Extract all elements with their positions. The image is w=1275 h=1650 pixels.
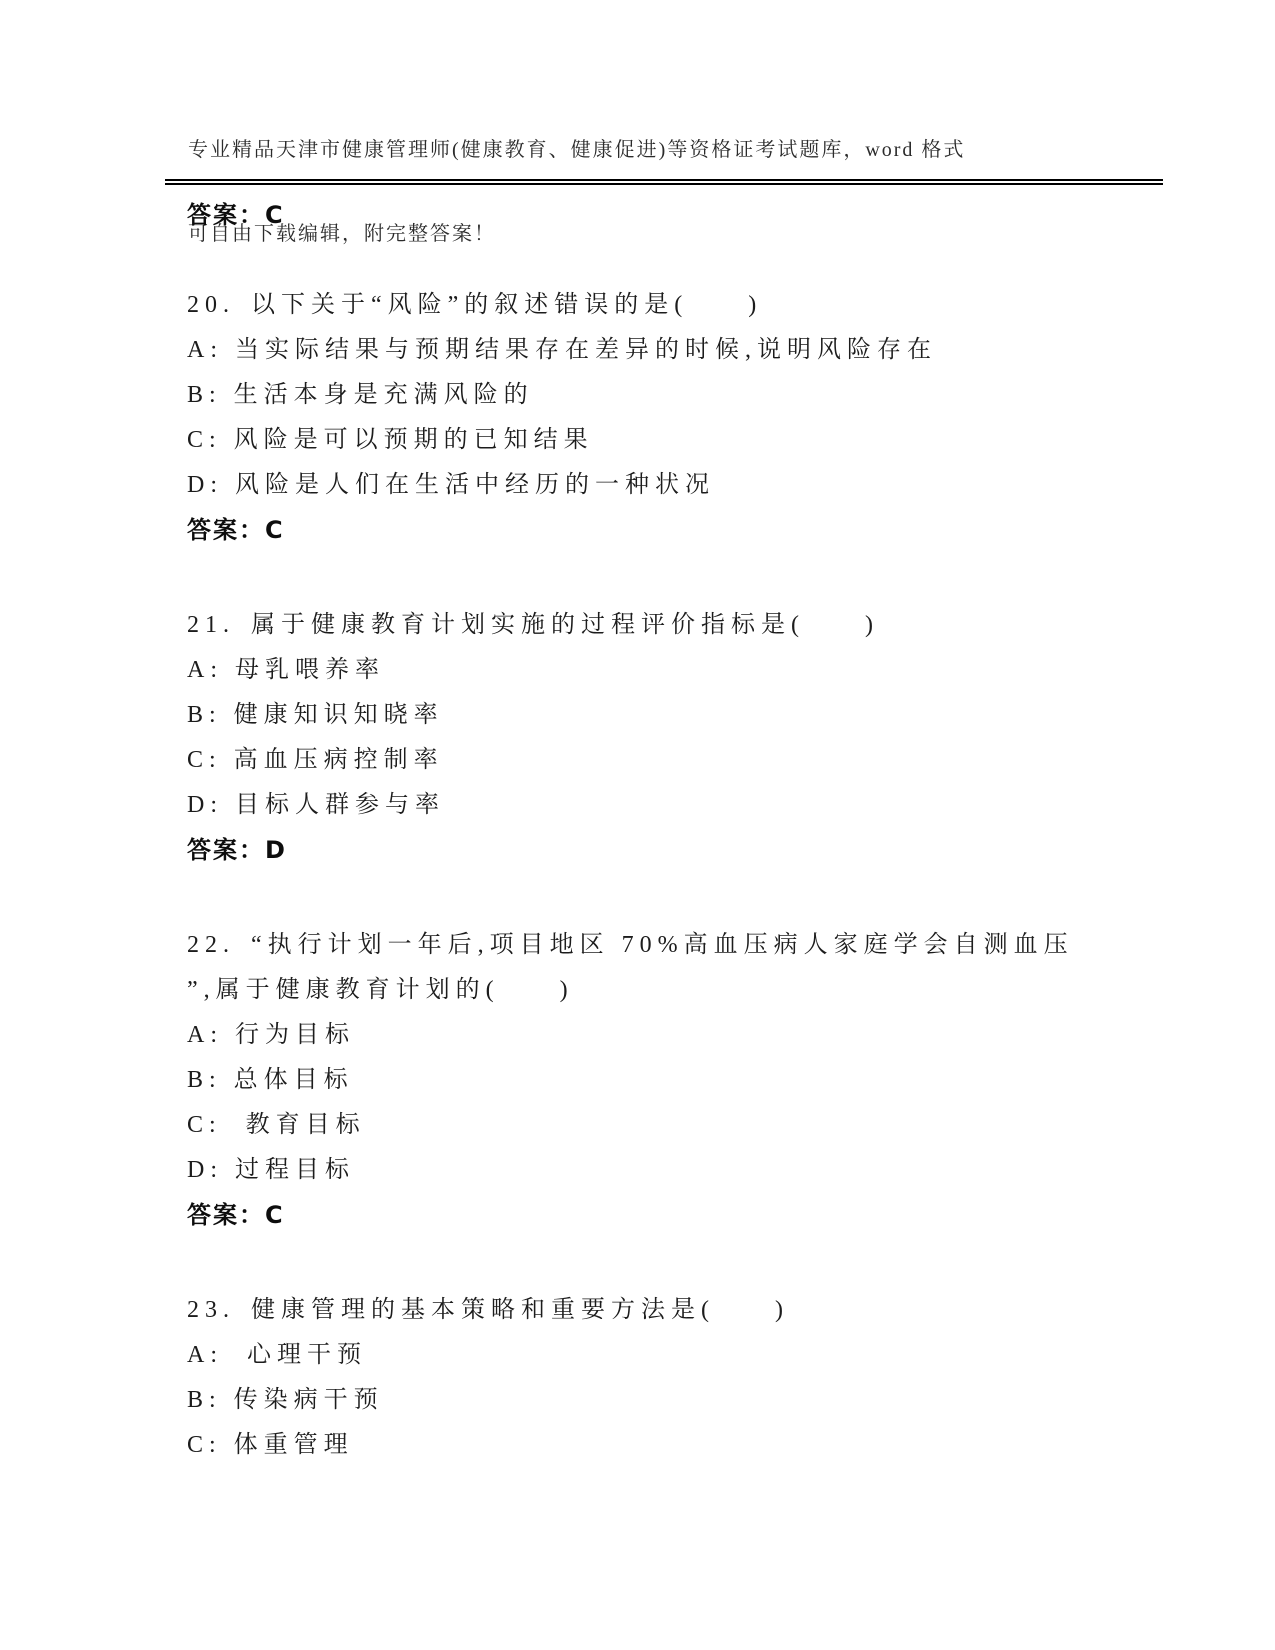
question-title: 21.属于健康教育计划实施的过程评价指标是( ) [187, 603, 1217, 648]
question-number: 21. [187, 612, 235, 638]
question-title-text: 健康管理的基本策略和重要方法是( ) [251, 1297, 789, 1323]
question-number: 23. [187, 1297, 235, 1323]
option-line-a: A: 心理干预 [187, 1333, 1217, 1378]
option-line-b: B: 传染病干预 [187, 1378, 1217, 1423]
option-line-c: C: 体重管理 [187, 1423, 1217, 1468]
header-line-1: 专业精品天津市健康管理师(健康教育、健康促进)等资格证考试题库，word 格式 [188, 136, 965, 164]
question-title-continued: ”,属于健康教育计划的( ) [187, 968, 1217, 1013]
question-number: 20. [187, 292, 235, 318]
answer-line: 答案：C [187, 508, 1217, 553]
option-line-a: A: 行为目标 [187, 1013, 1217, 1058]
answer-line: 答案：C [187, 193, 1217, 238]
option-line-d: D: 风险是人们在生活中经历的一种状况 [187, 463, 1217, 508]
option-line-a: A: 母乳喂养率 [187, 648, 1217, 693]
option-line-c: C: 高血压病控制率 [187, 738, 1217, 783]
divider-top-line [165, 179, 1163, 181]
question-title-text: 以下关于“风险”的叙述错误的是( ) [251, 292, 762, 318]
document-page: 专业精品天津市健康管理师(健康教育、健康促进)等资格证考试题库，word 格式 … [0, 0, 1275, 1650]
option-line-d: D: 过程目标 [187, 1148, 1217, 1193]
question-number: 22. [187, 932, 235, 958]
option-line-b: B: 总体目标 [187, 1058, 1217, 1103]
option-line-b: B: 生活本身是充满风险的 [187, 373, 1217, 418]
question-title: 23.健康管理的基本策略和重要方法是( ) [187, 1288, 1217, 1333]
question-title-text: “执行计划一年后,项目地区 70%高血压病人家庭学会自测血压 [251, 932, 1074, 958]
question-title: 22.“执行计划一年后,项目地区 70%高血压病人家庭学会自测血压 [187, 923, 1217, 968]
answer-line: 答案：D [187, 828, 1217, 873]
answer-line: 答案：C [187, 1193, 1217, 1238]
option-line-d: D: 目标人群参与率 [187, 783, 1217, 828]
option-line-a: A: 当实际结果与预期结果存在差异的时候,说明风险存在 [187, 328, 1217, 373]
question-title-text: 属于健康教育计划实施的过程评价指标是( ) [251, 612, 879, 638]
option-line-c: C: 教育目标 [187, 1103, 1217, 1148]
option-line-b: B: 健康知识知晓率 [187, 693, 1217, 738]
question-block-21: 21.属于健康教育计划实施的过程评价指标是( ) A: 母乳喂养率 B: 健康知… [187, 603, 1217, 873]
question-block-20: 20.以下关于“风险”的叙述错误的是( ) A: 当实际结果与预期结果存在差异的… [187, 283, 1217, 553]
document-body: 答案：C 20.以下关于“风险”的叙述错误的是( ) A: 当实际结果与预期结果… [187, 185, 1217, 1468]
question-block-23: 23.健康管理的基本策略和重要方法是( ) A: 心理干预 B: 传染病干预 C… [187, 1288, 1217, 1468]
option-line-c: C: 风险是可以预期的已知结果 [187, 418, 1217, 463]
question-block-22: 22.“执行计划一年后,项目地区 70%高血压病人家庭学会自测血压 ”,属于健康… [187, 923, 1217, 1238]
question-title: 20.以下关于“风险”的叙述错误的是( ) [187, 283, 1217, 328]
